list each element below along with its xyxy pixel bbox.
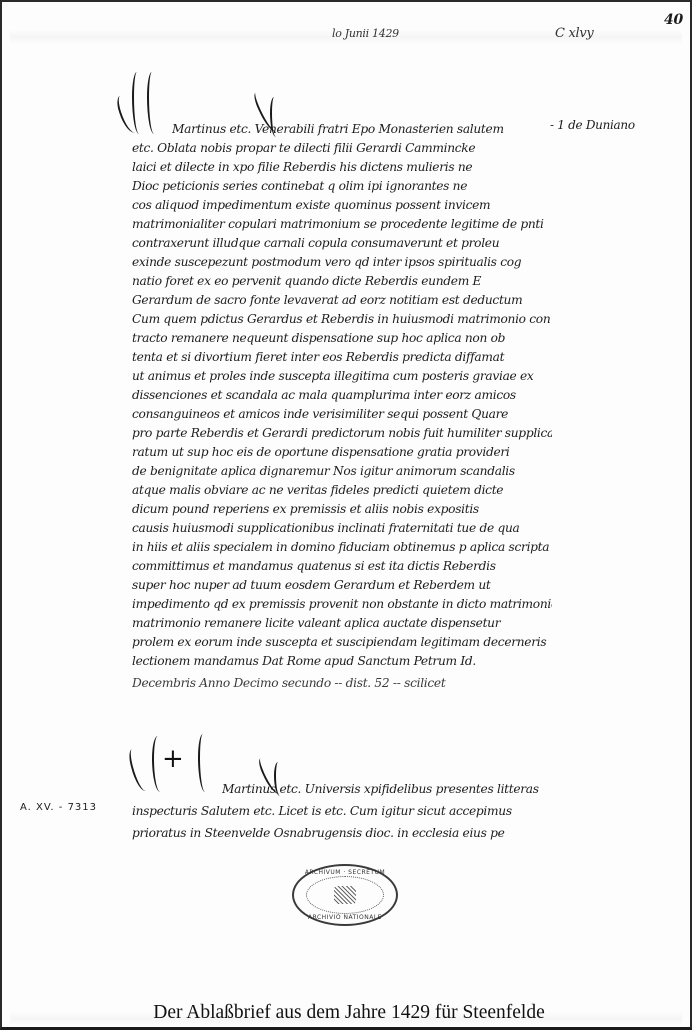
manuscript-line: cos aliquod impedimentum existe quominus… <box>132 198 552 212</box>
manuscript-line: Dioc peticionis series continebat q olim… <box>132 179 552 193</box>
page-caption: Der Ablaßbrief aus dem Jahre 1429 für St… <box>2 1002 694 1024</box>
manuscript-line: Martinus etc. Venerabili fratri Epo Mona… <box>172 122 552 136</box>
margin-note-right: - 1 de Duniano <box>550 118 635 132</box>
manuscript-line: inspecturis Salutem etc. Licet is etc. C… <box>132 804 552 818</box>
manuscript-line: prolem ex eorum inde suscepta et suscipi… <box>132 635 552 649</box>
manuscript-line: dicum pound reperiens ex premissis et al… <box>132 502 552 516</box>
manuscript-line: impedimento qd ex premissis provenit non… <box>132 597 552 611</box>
top-date-note: lo Junii 1429 <box>332 27 399 40</box>
manuscript-line: exinde suscepezunt postmodum vero qd int… <box>132 255 552 269</box>
manuscript-line: atque malis obviare ac ne veritas fidele… <box>132 483 552 497</box>
manuscript-line: consanguineos et amicos inde verisimilit… <box>132 407 552 421</box>
manuscript-line: tracto remanere nequeunt dispensatione s… <box>132 331 552 345</box>
manuscript-line: natio foret ex eo pervenit quando dicte … <box>132 274 552 288</box>
stamp-emblem-icon <box>334 886 356 904</box>
manuscript-line: causis huiusmodi supplicationibus inclin… <box>132 521 552 535</box>
manuscript-line: matrimonialiter copulari matrimonium se … <box>132 217 552 231</box>
manuscript-line: in hiis et aliis specialem in domino fid… <box>132 540 552 554</box>
folio-number: 40 <box>664 12 683 28</box>
manuscript-line: ratum ut sup hoc eis de oportune dispens… <box>132 445 552 459</box>
stamp-top-text: ARCHIVUM · SECRETUM <box>294 869 396 876</box>
margin-note-left: A. XV. - 7313 <box>20 802 97 813</box>
manuscript-line: laici et dilecte in xpo filie Reberdis h… <box>132 160 552 174</box>
manuscript-line: prioratus in Steenvelde Osnabrugensis di… <box>132 826 552 840</box>
archive-stamp: ARCHIVUM · SECRETUM ARCHIVIO NATIONALE <box>292 864 398 926</box>
manuscript-line: matrimonio remanere licite valeant aplic… <box>132 616 552 630</box>
manuscript-line: committimus et mandamus quatenus si est … <box>132 559 552 573</box>
manuscript-line: Cum quem pdictus Gerardus et Reberdis in… <box>132 312 552 326</box>
manuscript-line: ut animus et proles inde suscepta illegi… <box>132 369 552 383</box>
stamp-bottom-text: ARCHIVIO NATIONALE <box>294 914 396 921</box>
manuscript-line: etc. Oblata nobis propar te dilecti fili… <box>132 141 552 155</box>
top-register-note: C xlvy <box>555 26 593 41</box>
manuscript-line: tenta et si divortium fieret inter eos R… <box>132 350 552 364</box>
manuscript-line: Martinus etc. Universis xpifidelibus pre… <box>222 782 552 796</box>
manuscript-line: pro parte Reberdis et Gerardi predictoru… <box>132 426 552 440</box>
manuscript-line: de benignitate aplica dignaremur Nos igi… <box>132 464 552 478</box>
manuscript-line: contraxerunt illudque carnali copula con… <box>132 236 552 250</box>
manuscript-line: super hoc nuper ad tuum eosdem Gerardum … <box>132 578 552 592</box>
manuscript-line: Gerardum de sacro fonte levaverat ad eor… <box>132 293 552 307</box>
manuscript-line: lectionem mandamus Dat Rome apud Sanctum… <box>132 654 552 668</box>
manuscript-line: dissenciones et scandala ac mala quamplu… <box>132 388 552 402</box>
manuscript-line: Decembris Anno Decimo secundo -- dist. 5… <box>132 676 492 690</box>
scanned-page: lo Junii 1429 C xlvy 40 - 1 de Duniano M… <box>0 0 692 1030</box>
